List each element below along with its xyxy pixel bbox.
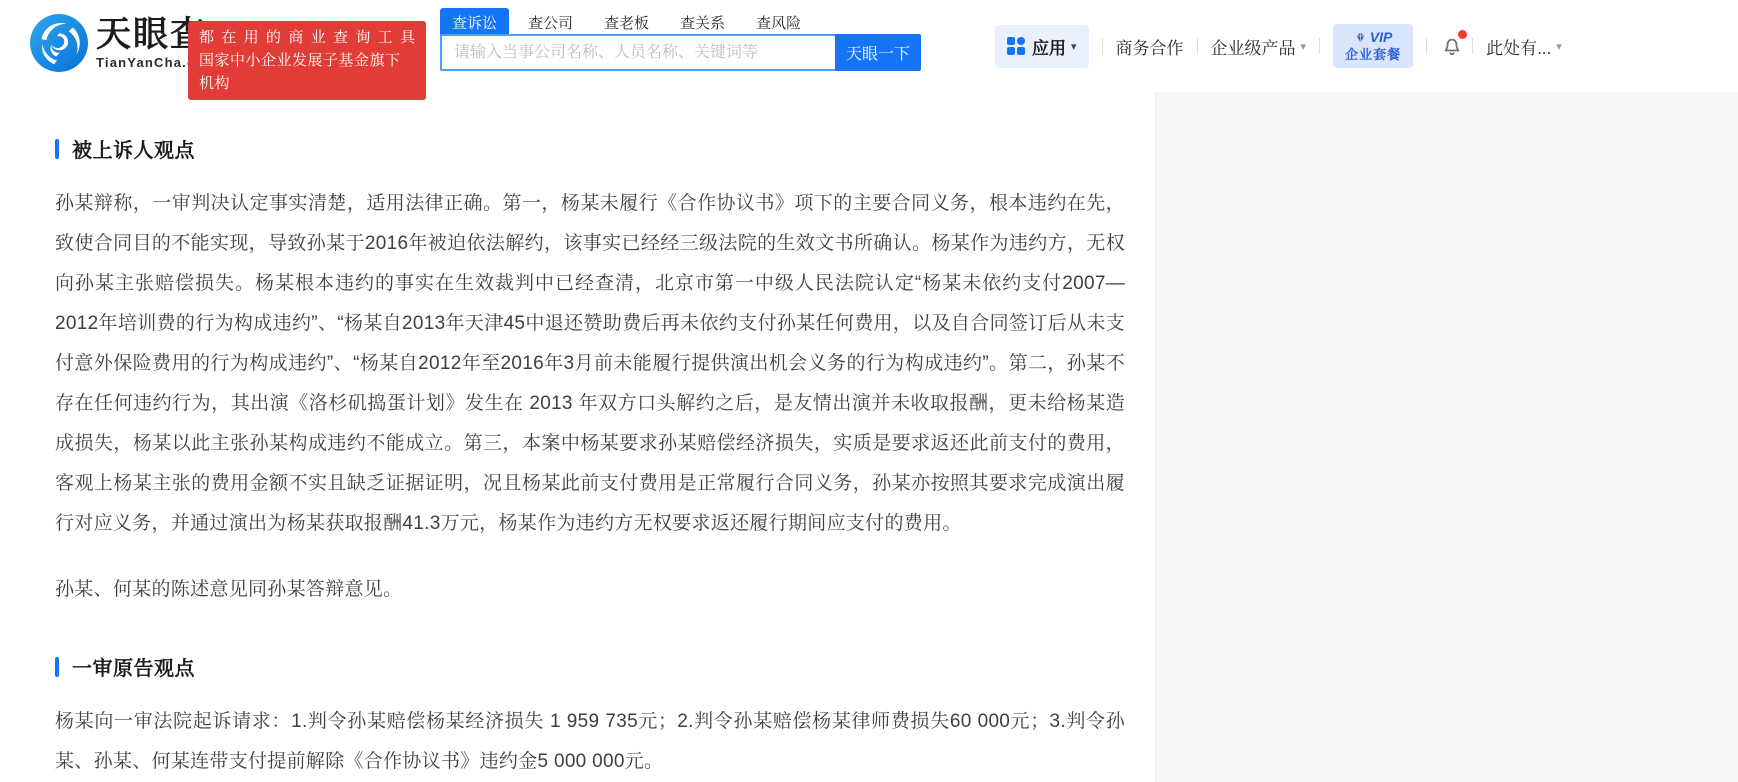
right-background-panel — [1155, 92, 1738, 782]
promo-line-2: 国家中小企业发展子基金旗下机构 — [199, 49, 415, 95]
search-input[interactable] — [440, 34, 835, 71]
nav-divider — [1197, 38, 1198, 54]
header-nav: 应用 ▾ 商务合作 企业级产品 ▾ VIP 企业套餐 — [995, 0, 1562, 92]
section-appellee-viewpoint: 被上诉人观点 — [55, 134, 1125, 163]
appellee-argument-paragraph: 孙某辩称，一审判决认定事实清楚，适用法律正确。第一，杨某未履行《合作协议书》项下… — [55, 184, 1125, 544]
vip-package-label: 企业套餐 — [1345, 47, 1401, 62]
nav-divider — [1102, 38, 1103, 54]
case-detail-content: 被上诉人观点 孙某辩称，一审判决认定事实清楚，适用法律正确。第一，杨某未履行《合… — [0, 92, 1155, 782]
section-plaintiff-viewpoint: 一审原告观点 — [55, 652, 1125, 681]
section-title-text: 被上诉人观点 — [72, 134, 195, 163]
promo-line-1: 都在用的商业查询工具 — [199, 26, 415, 49]
apps-menu-button[interactable]: 应用 ▾ — [995, 25, 1089, 68]
apps-label: 应用 — [1032, 34, 1066, 59]
nav-divider — [1472, 38, 1473, 54]
title-accent-bar — [55, 657, 59, 677]
chevron-down-icon: ▾ — [1301, 40, 1307, 53]
plaintiff-claims-paragraph: 杨某向一审法院起诉请求：1.判令孙某赔偿杨某经济损失 1 959 735元；2.… — [55, 702, 1125, 782]
notifications-button[interactable] — [1440, 34, 1464, 58]
app-grid-icon — [1007, 37, 1025, 55]
search-button[interactable]: 天眼一下 — [835, 34, 921, 71]
vip-package-button[interactable]: VIP 企业套餐 — [1333, 24, 1413, 68]
notification-dot — [1458, 30, 1467, 39]
promo-banner: 都在用的商业查询工具 国家中小企业发展子基金旗下机构 — [188, 21, 426, 100]
search-bar: 天眼一下 — [440, 34, 921, 71]
top-header: 天眼查 TianYanCha.com 都在用的商业查询工具 国家中小企业发展子基… — [0, 0, 1738, 92]
title-accent-bar — [55, 139, 59, 159]
nav-divider — [1426, 38, 1427, 54]
nav-enterprise-products[interactable]: 企业级产品 — [1211, 34, 1296, 59]
vip-gem-icon — [1354, 31, 1367, 44]
chevron-down-icon: ▾ — [1556, 40, 1562, 53]
nav-divider — [1319, 38, 1320, 54]
page-body: 被上诉人观点 孙某辩称，一审判决认定事实清楚，适用法律正确。第一，杨某未履行《合… — [0, 92, 1738, 782]
vip-label: VIP — [1370, 29, 1393, 46]
appellee-statement-paragraph: 孙某、何某的陈述意见同孙某答辩意见。 — [55, 570, 1125, 610]
nav-user-more[interactable]: 此处有... — [1486, 34, 1551, 59]
chevron-down-icon: ▾ — [1071, 40, 1077, 53]
tianyancha-logo-icon — [30, 14, 88, 72]
nav-business-cooperation[interactable]: 商务合作 — [1116, 34, 1184, 59]
section-title-text: 一审原告观点 — [72, 652, 195, 681]
